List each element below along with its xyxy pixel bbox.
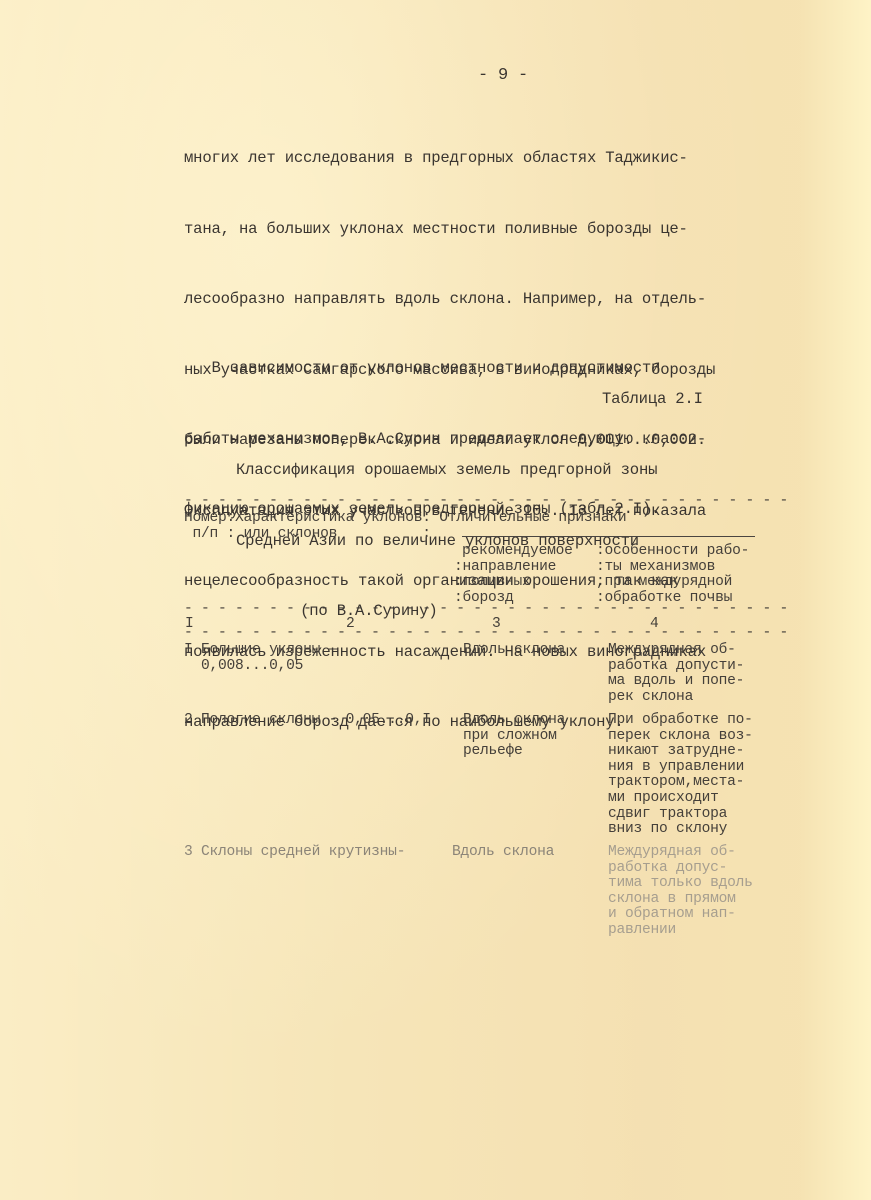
text-line: В зависимости от уклонов местности и доп…	[184, 357, 706, 381]
document-page: - 9 - многих лет исследования в предгорн…	[0, 0, 871, 1200]
text-line: лесообразно направлять вдоль склона. Нап…	[184, 288, 715, 312]
page-number: - 9 -	[478, 64, 528, 88]
table-rule-mid: - - - - - - - - - - - - - - - - - - - - …	[184, 602, 788, 618]
header-col3: рекомендуемое:направление:поливных:бороз…	[454, 544, 573, 606]
row-direction: Вдоль склона	[452, 845, 554, 861]
text-line: многих лет исследования в предгорных обл…	[184, 147, 715, 171]
row-features: При обработке по-перек склона воз-никают…	[608, 713, 753, 838]
row-characteristic: 2 Пологие склоны - 0,05...0,I	[184, 713, 431, 729]
header-col4: :особенности рабо-:ты механизмов:при меж…	[596, 544, 749, 606]
row-characteristic: 3 Склоны средней крутизны-	[184, 845, 405, 861]
table-rule-top: - - - - - - - - - - - - - - - - - - - - …	[184, 494, 788, 510]
row-characteristic: I Большие уклоны — 0,008...0,05	[184, 643, 337, 674]
table-header-row-1: Номер:Характеристика уклонов: Отличитель…	[184, 511, 626, 527]
table-rule-numbers: - - - - - - - - - - - - - - - - - - - - …	[184, 626, 788, 642]
table-header-row-2: п/п : или склонов :	[184, 527, 431, 543]
text-line: тана, на больших уклонах местности полив…	[184, 218, 715, 242]
row-direction: Вдоль склона	[463, 643, 565, 659]
row-direction: Вдоль склонапри сложномрельефе	[463, 713, 565, 760]
row-features: Междурядная об-работка допус-тима только…	[608, 845, 753, 939]
header-subdivider	[462, 536, 755, 537]
caption-line: Классификация орошаемых земель предгорно…	[236, 459, 657, 483]
row-features: Междурядная об-работка допусти-ма вдоль …	[608, 643, 744, 705]
table-label: Таблица 2.I	[602, 388, 703, 412]
